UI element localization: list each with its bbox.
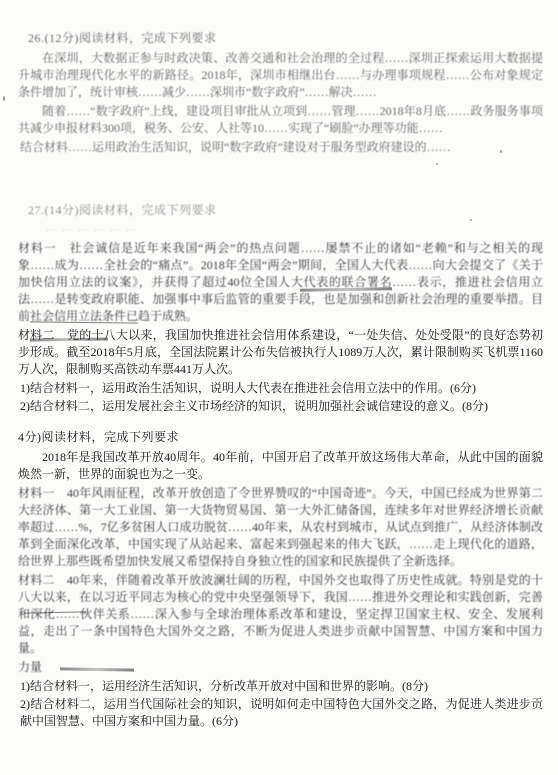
question-28-material-2-runover: 力量 (18, 659, 543, 676)
scan-speck (436, 163, 438, 165)
question-28-material-1: 材料一 40年风雨征程，改革开放创造了令世界赞叹的“中国奇迹”。今天，中国已经成… (18, 485, 543, 570)
question-27-header: 27.(14分)阅读材料，完成下列要求 (28, 202, 543, 219)
question-28-subquestion-1: 1)结合材料一，运用经济生活知识，分析改革开放对中国和世界的影响。(8分) (20, 678, 543, 695)
scan-speck (3, 96, 5, 101)
question-26-task: 结合材料……运用政治生活知识，说明“数字政府”建设对于服务型政府建设的…… (20, 139, 543, 156)
question-28-subquestion-2: 2)结合材料二，运用当代国际社会的知识，说明如何走中国特色大国外交之路，为促进人… (20, 696, 543, 730)
section-gap (18, 415, 543, 429)
question-27-subquestion-2: 2)结合材料二，运用发展社会主义市场经济的知识，说明加强社会诚信建设的意义。(8… (20, 398, 543, 415)
illegible-smudge-line: ⋯⋯⋯⋯⋯⋯ (46, 222, 543, 239)
scanned-exam-page: 26.(12分)阅读材料，完成下列要求 在深圳，大数据正参与时政决策、改善交通和… (0, 0, 558, 775)
scan-speck (500, 150, 502, 153)
question-28-intro: 2018年是我国改革开放40周年。40年前，中国开启了改革开放这场伟大革命，从此… (18, 449, 543, 483)
question-26-paragraph-2: 随着……“数字政府”上线，建设项目审批从立项到……管理……2018年8月底……政… (18, 103, 543, 137)
question-28: 4分)阅读材料，完成下列要求 2018年是我国改革开放40周年。40年前，中国开… (18, 429, 543, 730)
question-26-header: 26.(12分)阅读材料，完成下列要求 (28, 30, 543, 47)
scan-speck (470, 219, 472, 221)
question-26: 26.(12分)阅读材料，完成下列要求 在深圳，大数据正参与时政决策、改善交通和… (18, 30, 543, 156)
question-28-header: 4分)阅读材料，完成下列要求 (18, 429, 543, 446)
question-26-paragraph-1: 在深圳，大数据正参与时政决策、改善交通和社会治理的全过程……深圳正探索运用大数据… (18, 50, 543, 101)
question-28-material-2: 材料二 40年来，伴随着改革开放波澜壮阔的历程，中国外交也取得了历史性成就。特别… (18, 572, 543, 657)
exam-content: 26.(12分)阅读材料，完成下列要求 在深圳，大数据正参与时政决策、改善交通和… (0, 0, 558, 730)
question-27: 27.(14分)阅读材料，完成下列要求 ⋯⋯⋯⋯⋯⋯ 材料一 社会诚信是近年来我… (18, 202, 543, 415)
question-27-material-2: 材料二 党的十八大以来，我国加快推进社会信用体系建设，“一处失信、处处受限”的良… (18, 327, 543, 378)
section-gap (18, 156, 543, 202)
question-27-material-1: 材料一 社会诚信是近年来我国“两会”的热点问题……屡禁不止的诸如“老赖”和与之相… (18, 240, 543, 325)
question-27-subquestion-1: 1)结合材料一，运用政治生活知识，说明人大代表在推进社会信用立法中的作用。(6分… (20, 380, 543, 397)
